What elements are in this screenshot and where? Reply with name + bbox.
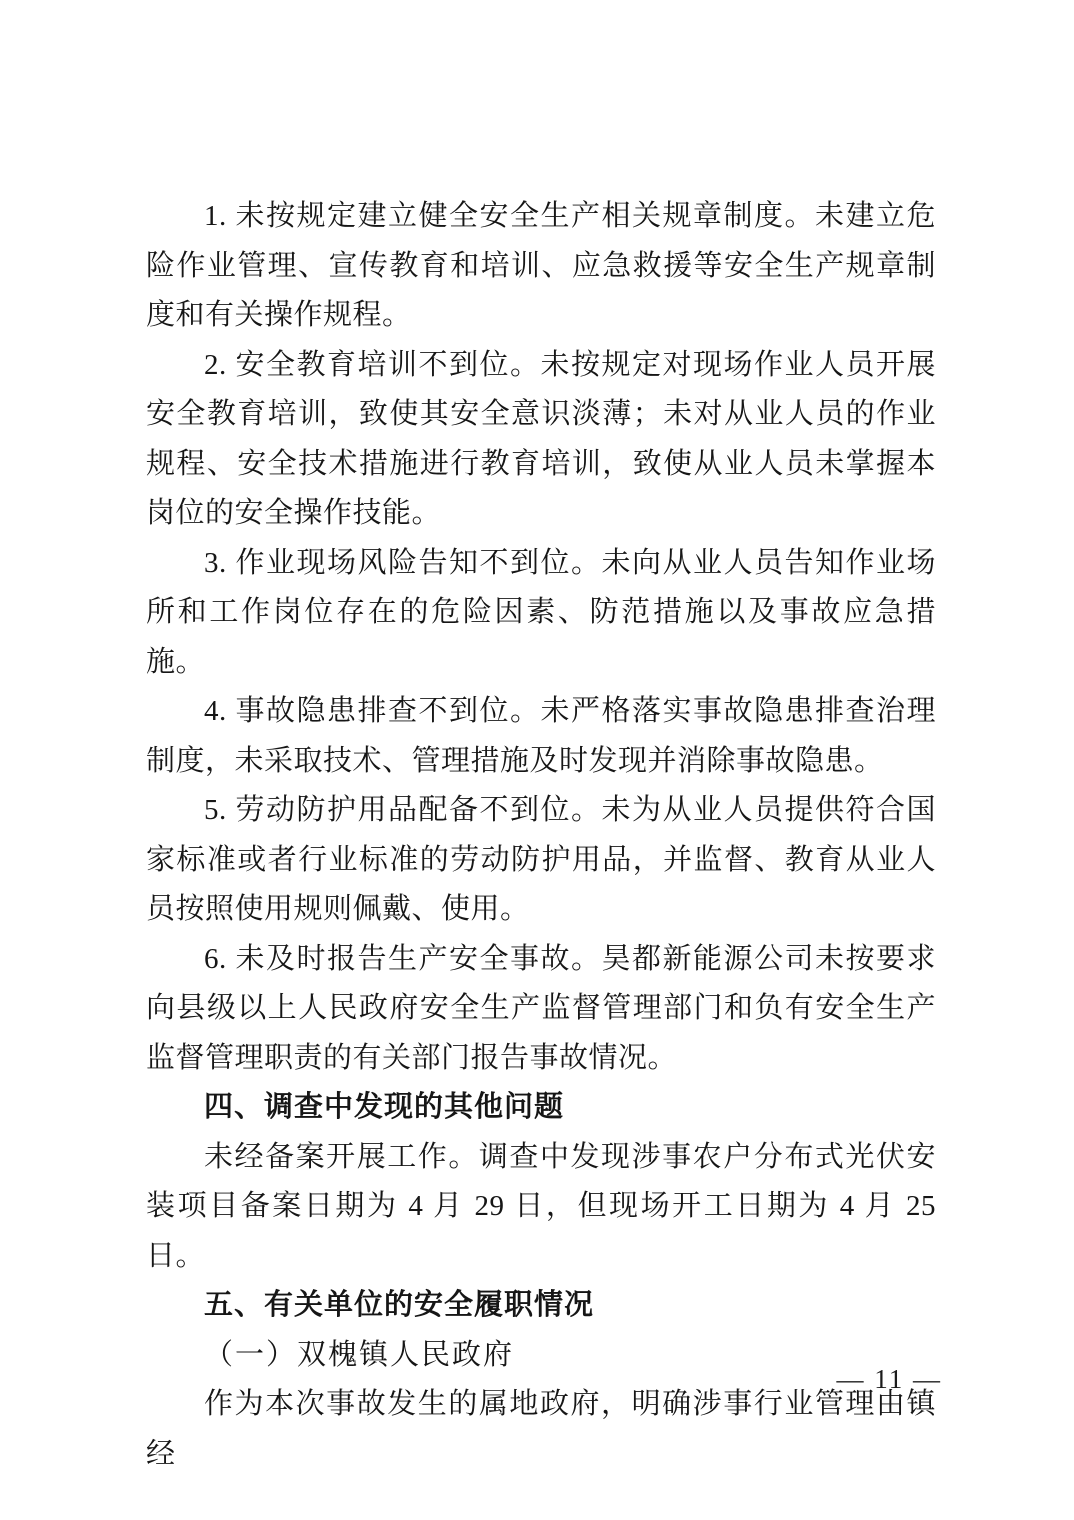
- paragraph: 未经备案开展工作。调查中发现涉事农户分布式光伏安装项目备案日期为 4 月 29 …: [146, 1133, 936, 1282]
- paragraph: 2. 安全教育培训不到位。未按规定对现场作业人员开展安全教育培训，致使其安全意识…: [146, 341, 936, 539]
- document-body: 1. 未按规定建立健全安全生产相关规章制度。未建立危险作业管理、宣传教育和培训、…: [146, 192, 936, 1479]
- section-heading: 四、调查中发现的其他问题: [146, 1083, 936, 1133]
- paragraph: 4. 事故隐患排查不到位。未严格落实事故隐患排查治理制度，未采取技术、管理措施及…: [146, 687, 936, 786]
- section-heading: 五、有关单位的安全履职情况: [146, 1281, 936, 1331]
- paragraph: 1. 未按规定建立健全安全生产相关规章制度。未建立危险作业管理、宣传教育和培训、…: [146, 192, 936, 341]
- page-number: — 11 —: [837, 1364, 943, 1395]
- paragraph: 作为本次事故发生的属地政府，明确涉事行业管理由镇经: [146, 1380, 936, 1479]
- paragraph: 5. 劳动防护用品配备不到位。未为从业人员提供符合国家标准或者行业标准的劳动防护…: [146, 786, 936, 935]
- paragraph: 3. 作业现场风险告知不到位。未向从业人员告知作业场所和工作岗位存在的危险因素、…: [146, 539, 936, 688]
- paragraph: 6. 未及时报告生产安全事故。昊都新能源公司未按要求向县级以上人民政府安全生产监…: [146, 935, 936, 1084]
- document-page: 1. 未按规定建立健全安全生产相关规章制度。未建立危险作业管理、宣传教育和培训、…: [0, 0, 1074, 1520]
- sub-section-heading: （一）双槐镇人民政府: [146, 1331, 936, 1381]
